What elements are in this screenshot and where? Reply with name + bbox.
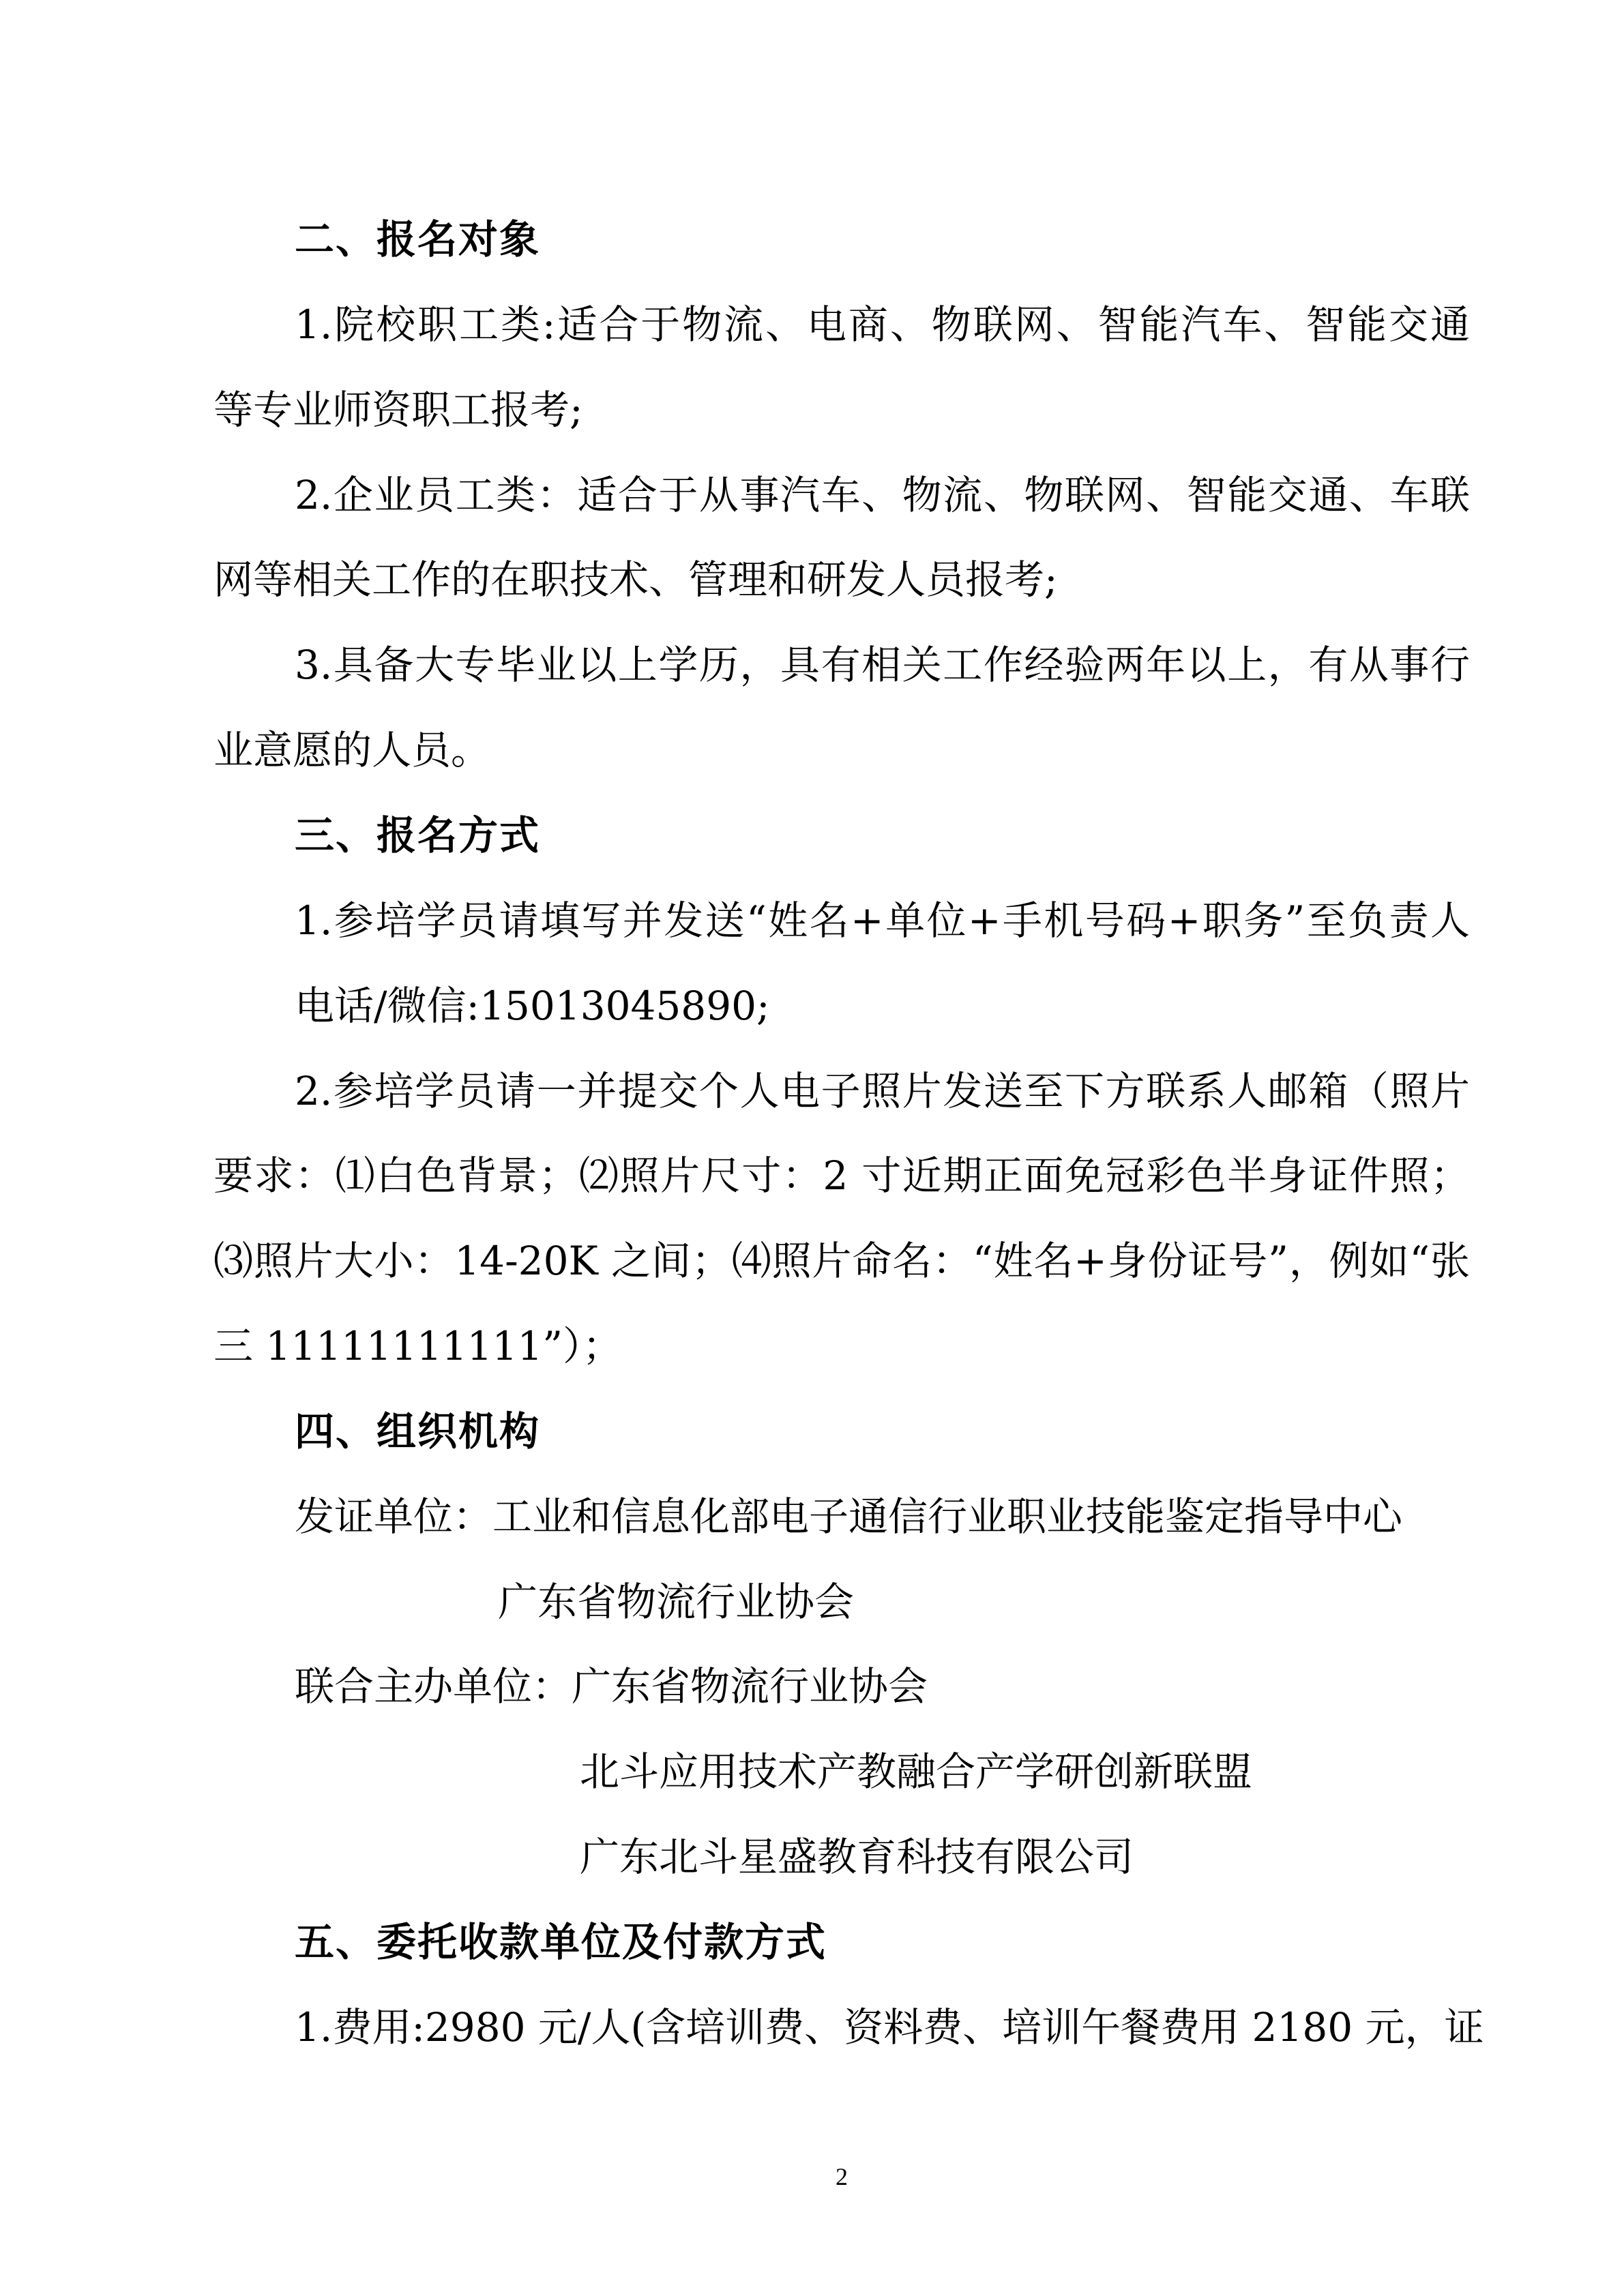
- co-organizer-line: 广东北斗星盛教育科技有限公司: [580, 1830, 1470, 1884]
- section-heading-organizers: 四、组织机构: [295, 1404, 1470, 1459]
- section-heading-payment: 五、委托收款单位及付款方式: [295, 1915, 1470, 1969]
- document-page: 二、报名对象 1.院校职工类:适合于物流、电商、物联网、智能汽车、智能交通 等专…: [0, 0, 1624, 2296]
- paragraph-line: ⑶照片大小：14-20K 之间；⑷照片命名：“姓名+身份证号”，例如“张: [213, 1234, 1470, 1288]
- paragraph-line: 2.参培学员请一并提交个人电子照片发送至下方联系人邮箱（照片: [295, 1064, 1470, 1118]
- paragraph-line: 等专业师资职工报考;: [213, 383, 1470, 437]
- section-heading-registration-targets: 二、报名对象: [295, 212, 1470, 267]
- contact-phone-line: 电话/微信:15013045890;: [295, 979, 1470, 1033]
- co-organizer-line: 联合主办单位：广东省物流行业协会: [295, 1659, 1470, 1714]
- paragraph-line: 三 11111111111”）；: [213, 1319, 1470, 1373]
- paragraph-line: 1.参培学员请填写并发送“姓名+单位+手机号码+职务”至负责人: [295, 893, 1470, 948]
- paragraph-line: 2.企业员工类：适合于从事汽车、物流、物联网、智能交通、车联: [295, 468, 1470, 522]
- issuing-unit-line: 发证单位：工业和信息化部电子通信行业职业技能鉴定指导中心: [295, 1489, 1470, 1544]
- issuing-unit-line: 广东省物流行业协会: [498, 1575, 1470, 1629]
- section-heading-registration-method: 三、报名方式: [295, 808, 1470, 863]
- paragraph-line: 1.费用:2980 元/人(含培训费、资料费、培训午餐费用 2180 元，证: [295, 2000, 1470, 2055]
- paragraph-line: 要求：⑴白色背景；⑵照片尺寸：2 寸近期正面免冠彩色半身证件照；: [213, 1148, 1470, 1203]
- paragraph-line: 1.院校职工类:适合于物流、电商、物联网、智能汽车、智能交通: [295, 297, 1470, 352]
- co-organizer-line: 北斗应用技术产教融合产学研创新联盟: [580, 1744, 1470, 1799]
- paragraph-line: 网等相关工作的在职技术、管理和研发人员报考;: [213, 552, 1470, 607]
- paragraph-line: 业意愿的人员。: [213, 723, 1470, 777]
- paragraph-line: 3.具备大专毕业以上学历，具有相关工作经验两年以上，有从事行: [295, 638, 1470, 692]
- page-number: 2: [773, 2163, 910, 2190]
